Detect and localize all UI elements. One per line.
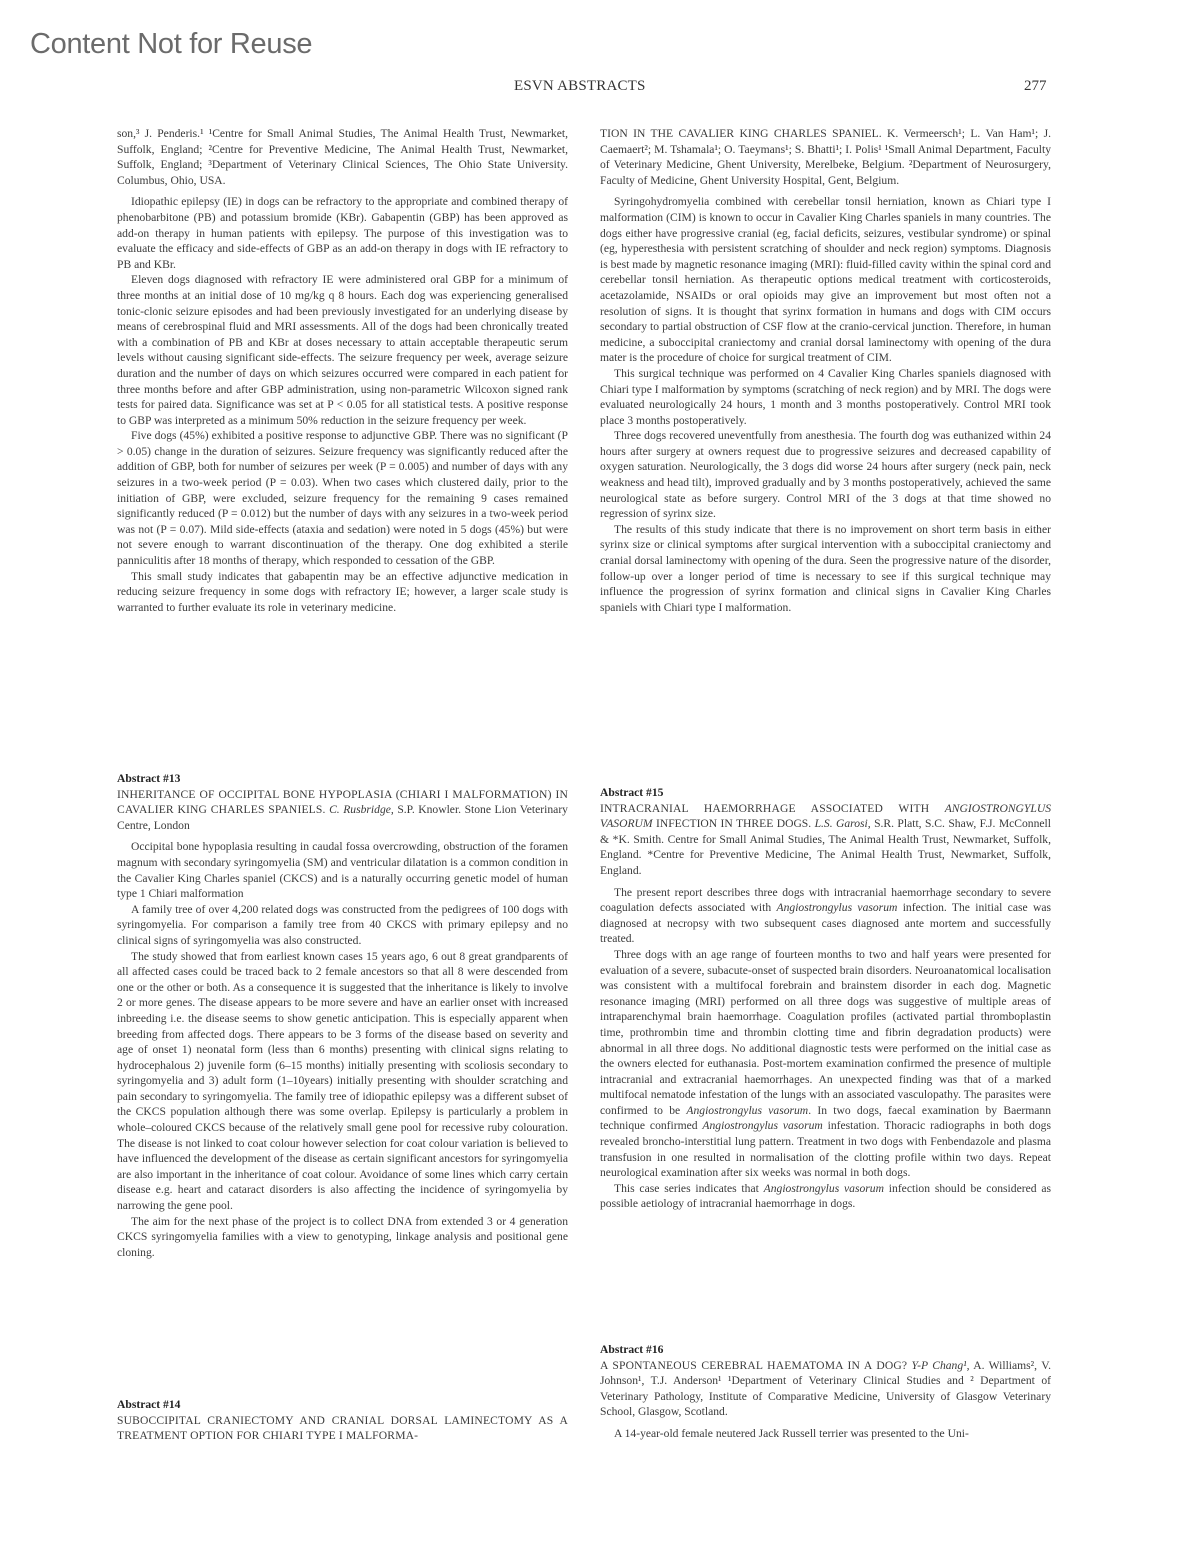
paragraph: The study showed that from earliest know…	[117, 949, 568, 1214]
lead-author: Y-P Chang¹,	[912, 1359, 970, 1372]
abstract-label: Abstract #14	[117, 1397, 568, 1413]
species-name: Angiostrongylus vasorum	[702, 1119, 822, 1132]
species-name: Angiostrongylus vasorum	[764, 1182, 884, 1195]
abstract-13: Abstract #13 INHERITANCE OF OCCIPITAL BO…	[117, 771, 568, 1260]
paragraph: Five dogs (45%) exhibited a positive res…	[117, 428, 568, 568]
abstract-label: Abstract #13	[117, 771, 568, 787]
abstract-16: Abstract #16 A SPONTANEOUS CEREBRAL HAEM…	[600, 1342, 1051, 1442]
abstract-title: INTRACRANIAL HAEMORRHAGE ASSOCIATED WITH	[600, 802, 929, 815]
paragraph: Syringohydromyelia combined with cerebel…	[600, 194, 1051, 366]
lead-author: L.S. Garosi,	[815, 817, 871, 830]
affiliation: TION IN THE CAVALIER KING CHARLES SPANIE…	[600, 126, 1051, 188]
watermark: Content Not for Reuse	[30, 28, 312, 61]
abstract-title: SUBOCCIPITAL CRANIECTOMY AND CRANIAL DOR…	[117, 1413, 568, 1444]
abstract-11-continued: son,³ J. Penderis.¹ ¹Centre for Small An…	[117, 126, 568, 615]
page-number: 277	[1024, 78, 1047, 95]
journal-section-title: ESVN ABSTRACTS	[514, 78, 646, 95]
paragraph: Occipital bone hypoplasia resulting in c…	[117, 839, 568, 901]
abstract-label: Abstract #16	[600, 1342, 1051, 1358]
paragraph: The results of this study indicate that …	[600, 522, 1051, 616]
paragraph: Idiopathic epilepsy (IE) in dogs can be …	[117, 194, 568, 272]
paragraph: This small study indicates that gabapent…	[117, 569, 568, 616]
paragraph: A family tree of over 4,200 related dogs…	[117, 902, 568, 949]
paragraph: Three dogs recovered uneventfully from a…	[600, 428, 1051, 522]
species-name: Angiostrongylus vasorum	[777, 901, 898, 914]
abstract-14-continued: TION IN THE CAVALIER KING CHARLES SPANIE…	[600, 126, 1051, 615]
paragraph: The present report describes three dogs …	[600, 885, 1051, 947]
paragraph: The aim for the next phase of the projec…	[117, 1214, 568, 1261]
abstract-heading: A SPONTANEOUS CEREBRAL HAEMATOMA IN A DO…	[600, 1358, 1051, 1420]
paragraph: This surgical technique was performed on…	[600, 366, 1051, 428]
abstract-title: A SPONTANEOUS CEREBRAL HAEMATOMA IN A DO…	[600, 1359, 907, 1372]
paragraph: A 14-year-old female neutered Jack Russe…	[600, 1426, 1051, 1442]
affiliation: son,³ J. Penderis.¹ ¹Centre for Small An…	[117, 126, 568, 188]
abstract-title-end: INFECTION IN THREE DOGS.	[656, 817, 811, 830]
paragraph: Eleven dogs diagnosed with refractory IE…	[117, 272, 568, 428]
text: Three dogs with an age range of fourteen…	[600, 948, 1051, 1117]
abstract-heading: INHERITANCE OF OCCIPITAL BONE HYPOPLASIA…	[117, 787, 568, 834]
abstract-14: Abstract #14 SUBOCCIPITAL CRANIECTOMY AN…	[117, 1397, 568, 1444]
paragraph: This case series indicates that Angiostr…	[600, 1181, 1051, 1212]
text: This case series indicates that	[614, 1182, 759, 1195]
abstract-heading: INTRACRANIAL HAEMORRHAGE ASSOCIATED WITH…	[600, 801, 1051, 879]
abstract-15: Abstract #15 INTRACRANIAL HAEMORRHAGE AS…	[600, 785, 1051, 1212]
lead-author: C. Rusbridge,	[329, 803, 394, 816]
abstract-label: Abstract #15	[600, 785, 1051, 801]
paragraph: Three dogs with an age range of fourteen…	[600, 947, 1051, 1181]
species-name: Angiostrongylus vasorum	[686, 1104, 808, 1117]
